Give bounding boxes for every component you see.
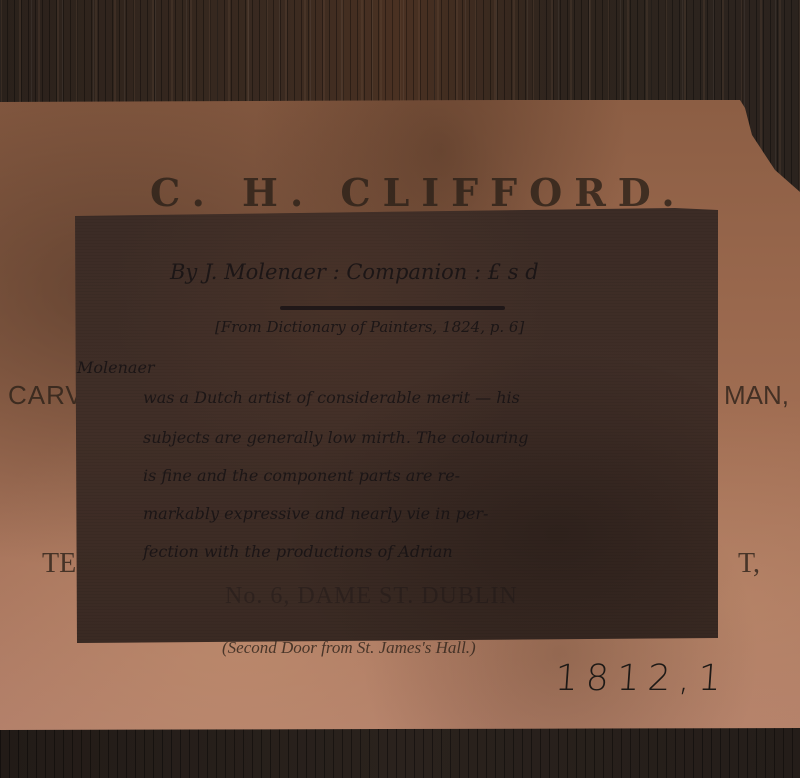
wood-panel-bottom <box>0 728 800 778</box>
note-title: By J. Molenaer : Companion : £ s d <box>170 260 539 284</box>
note-line: is fine and the component parts are re- <box>143 466 460 485</box>
inventory-number: 1812,1 <box>554 658 731 699</box>
handwritten-note: By J. Molenaer : Companion : £ s d [From… <box>75 208 718 643</box>
label-header: C. H. CLIFFORD. <box>150 170 687 215</box>
label-side-left-text: CARV <box>8 380 84 411</box>
note-artist-name: Molenaer <box>77 358 155 377</box>
note-faint-address: No. 6, DAME ST. DUBLIN <box>225 583 518 610</box>
note-line: was a Dutch artist of considerable merit… <box>143 388 520 407</box>
photo-scene: C. H. CLIFFORD. CARV MAN, TE T, (Second … <box>0 0 800 778</box>
note-line: markably expressive and nearly vie in pe… <box>143 504 488 523</box>
label-lower-right-text: T, <box>738 548 760 580</box>
note-underline <box>280 306 505 310</box>
note-line: subjects are generally low mirth. The co… <box>143 428 529 447</box>
note-source: [From Dictionary of Painters, 1824, p. 6… <box>215 318 524 336</box>
label-side-right-text: MAN, <box>724 380 789 411</box>
label-lower-left-text: TE <box>42 548 76 580</box>
note-line: fection with the productions of Adrian <box>143 542 453 561</box>
